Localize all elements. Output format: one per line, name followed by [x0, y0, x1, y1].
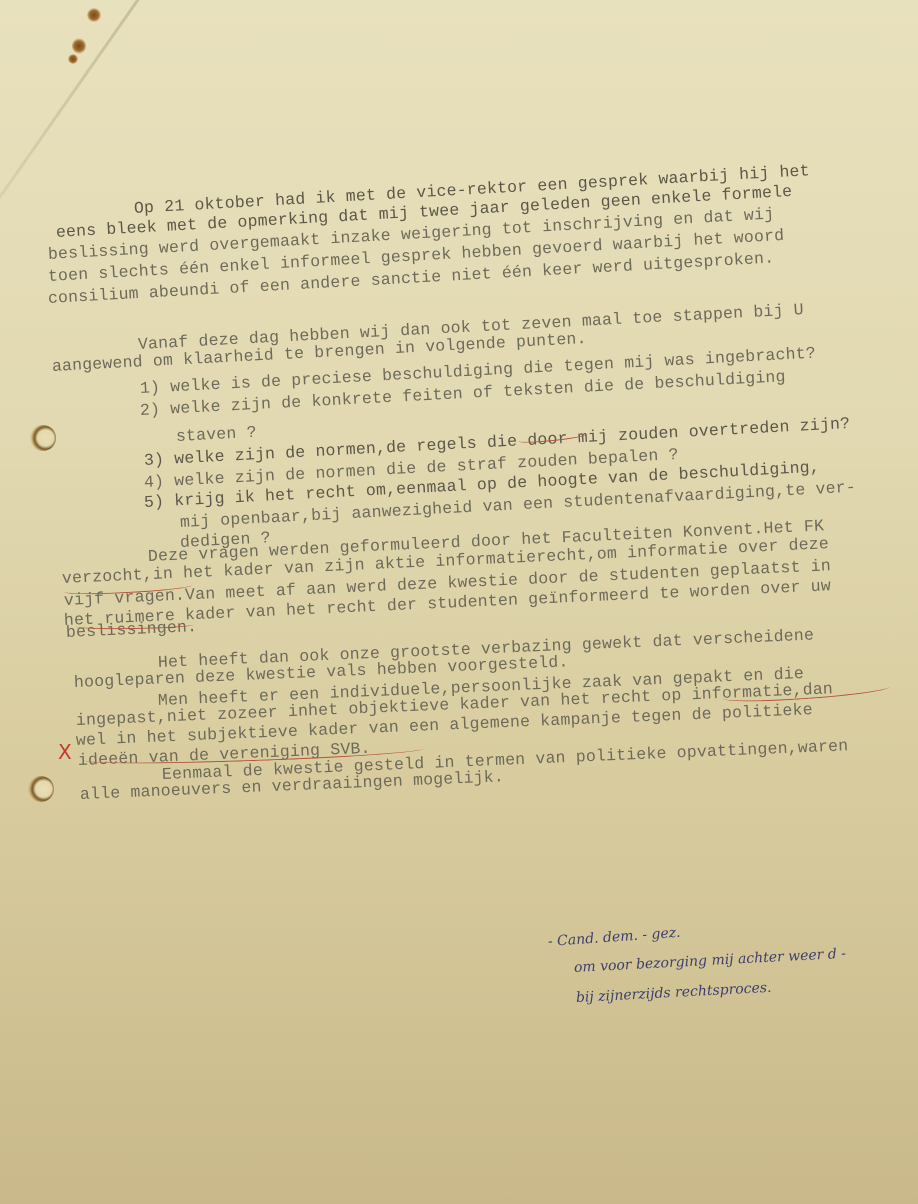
- question-number: 4): [143, 472, 164, 492]
- question-number: 5): [143, 492, 164, 512]
- rust-stain: [72, 38, 86, 54]
- question-continuation: staven ?: [176, 424, 258, 446]
- rust-stain: [68, 54, 78, 64]
- question-number: 1): [139, 378, 160, 398]
- document-page: Op 21 oktober had ik met de vice-rektor …: [0, 0, 918, 1204]
- punch-hole-upper: [30, 425, 56, 451]
- handwritten-note-line: - Cand. dem. - gez.: [547, 925, 681, 950]
- handwritten-note-line: bij zijnerzijds rechtsproces.: [576, 980, 772, 1006]
- red-margin-mark: X: [58, 740, 72, 764]
- rust-stain: [87, 8, 101, 22]
- punch-hole-lower: [28, 776, 54, 802]
- question-number: 2): [139, 400, 160, 420]
- handwritten-note-line: om voor bezorging mij achter weer d -: [574, 946, 847, 976]
- question-number: 3): [143, 450, 164, 470]
